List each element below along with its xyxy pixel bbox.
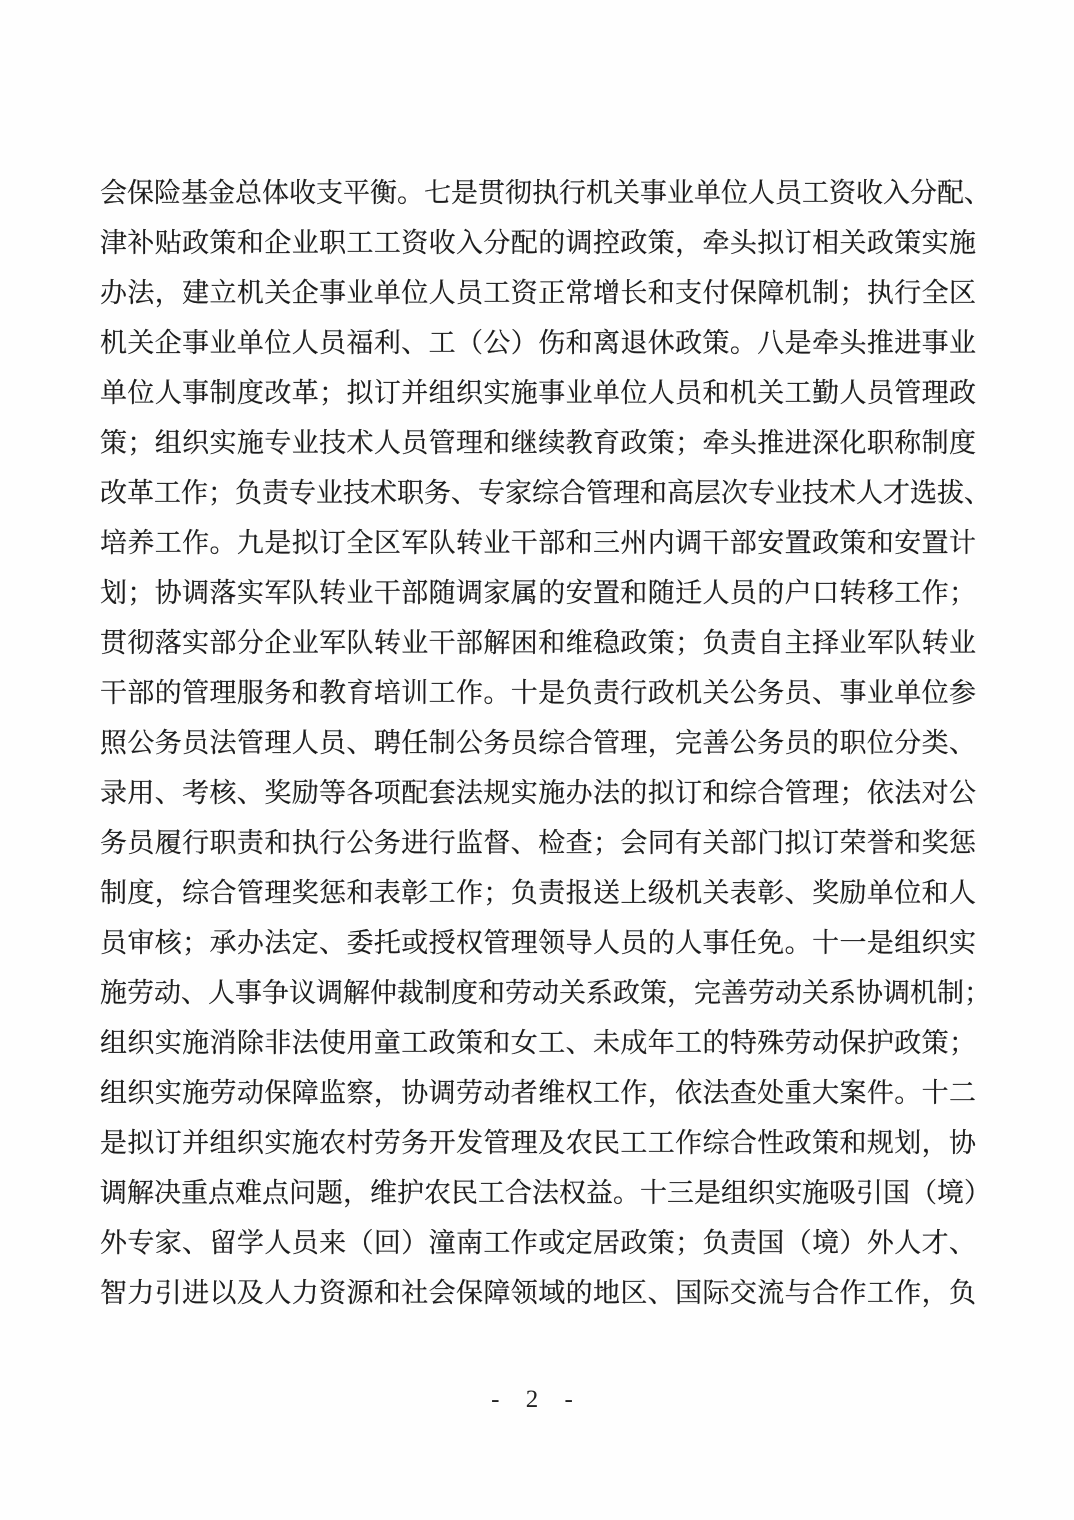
text-line: 调解决重点难点问题，维护农民工合法权益。十三是组织实施吸引国（境）: [100, 1168, 976, 1218]
page-footer: - 2 -: [0, 1386, 1074, 1414]
text-line: 贯彻落实部分企业军队转业干部解困和维稳政策；负责自主择业军队转业: [100, 618, 976, 668]
text-line: 外专家、留学人员来（回）潼南工作或定居政策；负责国（境）外人才、: [100, 1218, 976, 1268]
document-body-text: 会保险基金总体收支平衡。七是贯彻执行机关事业单位人员工资收入分配、 津补贴政策和…: [100, 168, 976, 1318]
text-line: 单位人事制度改革；拟订并组织实施事业单位人员和机关工勤人员管理政: [100, 368, 976, 418]
text-line: 干部的管理服务和教育培训工作。十是负责行政机关公务员、事业单位参: [100, 668, 976, 718]
text-line: 智力引进以及人力资源和社会保障领域的地区、国际交流与合作工作，负: [100, 1268, 976, 1318]
text-line: 划；协调落实军队转业干部随调家属的安置和随迁人员的户口转移工作；: [100, 568, 976, 618]
text-line: 务员履行职责和执行公务进行监督、检查；会同有关部门拟订荣誉和奖惩: [100, 818, 976, 868]
text-line: 制度，综合管理奖惩和表彰工作；负责报送上级机关表彰、奖励单位和人: [100, 868, 976, 918]
text-line: 组织实施消除非法使用童工政策和女工、未成年工的特殊劳动保护政策；: [100, 1018, 976, 1068]
text-line: 策；组织实施专业技术人员管理和继续教育政策；牵头推进深化职称制度: [100, 418, 976, 468]
text-line: 机关企事业单位人员福利、工（公）伤和离退休政策。八是牵头推进事业: [100, 318, 976, 368]
text-line: 会保险基金总体收支平衡。七是贯彻执行机关事业单位人员工资收入分配、: [100, 168, 976, 218]
page-number: - 2 -: [491, 1386, 583, 1414]
text-line: 津补贴政策和企业职工工资收入分配的调控政策，牵头拟订相关政策实施: [100, 218, 976, 268]
text-line: 是拟订并组织实施农村劳务开发管理及农民工工作综合性政策和规划，协: [100, 1118, 976, 1168]
text-line: 培养工作。九是拟订全区军队转业干部和三州内调干部安置政策和安置计: [100, 518, 976, 568]
text-line: 照公务员法管理人员、聘任制公务员综合管理，完善公务员的职位分类、: [100, 718, 976, 768]
text-line: 员审核；承办法定、委托或授权管理领导人员的人事任免。十一是组织实: [100, 918, 976, 968]
text-line: 施劳动、人事争议调解仲裁制度和劳动关系政策，完善劳动关系协调机制；: [100, 968, 976, 1018]
document-page: 会保险基金总体收支平衡。七是贯彻执行机关事业单位人员工资收入分配、 津补贴政策和…: [0, 0, 1074, 1520]
text-line: 改革工作；负责专业技术职务、专家综合管理和高层次专业技术人才选拔、: [100, 468, 976, 518]
text-line: 录用、考核、奖励等各项配套法规实施办法的拟订和综合管理；依法对公: [100, 768, 976, 818]
text-line: 办法，建立机关企事业单位人员工资正常增长和支付保障机制；执行全区: [100, 268, 976, 318]
text-line: 组织实施劳动保障监察，协调劳动者维权工作，依法查处重大案件。十二: [100, 1068, 976, 1118]
